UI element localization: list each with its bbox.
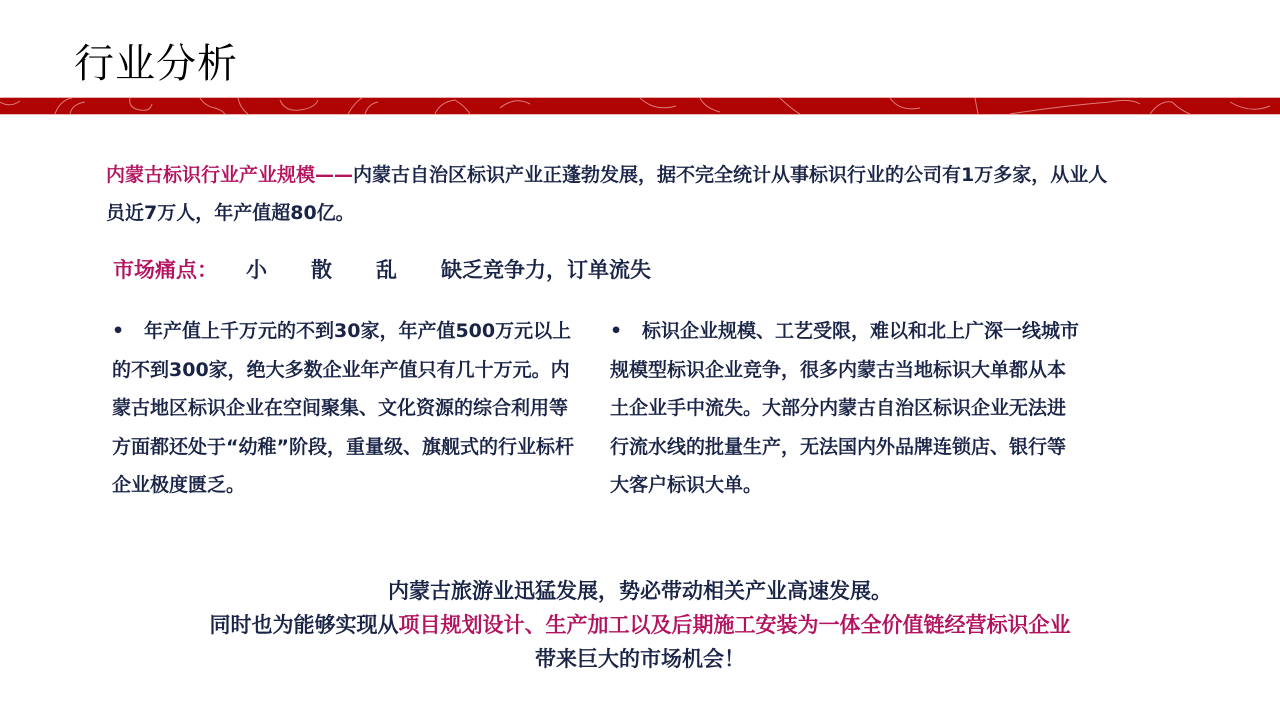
pain-point-uncompetitive: 缺乏竞争力，订单流失	[441, 254, 651, 284]
full-value-chain-text: 全价值链经营标识企业	[861, 613, 1071, 637]
conclusion-line-2: 同时也为能够实现从项目规划设计、生产加工以及后期施工安装为一体全价值链经营标识企…	[0, 608, 1280, 642]
industry-scale-paragraph: 内蒙古标识行业产业规模——内蒙古自治区标识产业正蓬勃发展，据不完全统计从事标识行…	[106, 156, 1116, 232]
bullet-column-right: •标识企业规模、工艺受限，难以和北上广深一线城市规模型标识企业竞争，很多内蒙古当…	[610, 312, 1080, 505]
full-service-scope-text: 项目规划设计、生产加工以及后期施工安装为一体	[399, 613, 861, 637]
bullet-text-right: 标识企业规模、工艺受限，难以和北上广深一线城市规模型标识企业竞争，很多内蒙古当地…	[610, 320, 1079, 496]
bullet-text-left: 年产值上千万元的不到30家，年产值500万元以上的不到300家，绝大多数企业年产…	[112, 320, 574, 496]
pain-point-small: 小	[246, 254, 267, 284]
conclusion-line-1-rest: ，势必带动相关产业高速发展。	[598, 579, 892, 603]
tourism-growth-text: 内蒙古旅游业迅猛发展	[388, 579, 598, 603]
pain-point-disorderly: 乱	[376, 254, 397, 284]
conclusion: 内蒙古旅游业迅猛发展，势必带动相关产业高速发展。 同时也为能够实现从项目规划设计…	[0, 574, 1280, 676]
dash-separator: ——	[315, 164, 353, 186]
bullet-icon: •	[610, 312, 642, 351]
industry-scale-heading: 内蒙古标识行业产业规模	[106, 164, 315, 186]
decorative-header-band	[0, 97, 1280, 115]
conclusion-line-2-prefix: 同时也为能够实现从	[210, 613, 399, 637]
bullet-column-left: •年产值上千万元的不到30家，年产值500万元以上的不到300家，绝大多数企业年…	[112, 312, 574, 505]
slide-title: 行业分析	[74, 32, 238, 89]
floral-pattern-icon	[0, 98, 1280, 114]
bullet-icon: •	[112, 312, 144, 351]
conclusion-line-3: 带来巨大的市场机会！	[0, 642, 1280, 676]
conclusion-line-1: 内蒙古旅游业迅猛发展，势必带动相关产业高速发展。	[0, 574, 1280, 608]
pain-points-label: 市场痛点：	[113, 254, 218, 284]
market-pain-points: 市场痛点： 小 散 乱 缺乏竞争力，订单流失	[113, 254, 651, 284]
pain-point-scattered: 散	[311, 254, 332, 284]
